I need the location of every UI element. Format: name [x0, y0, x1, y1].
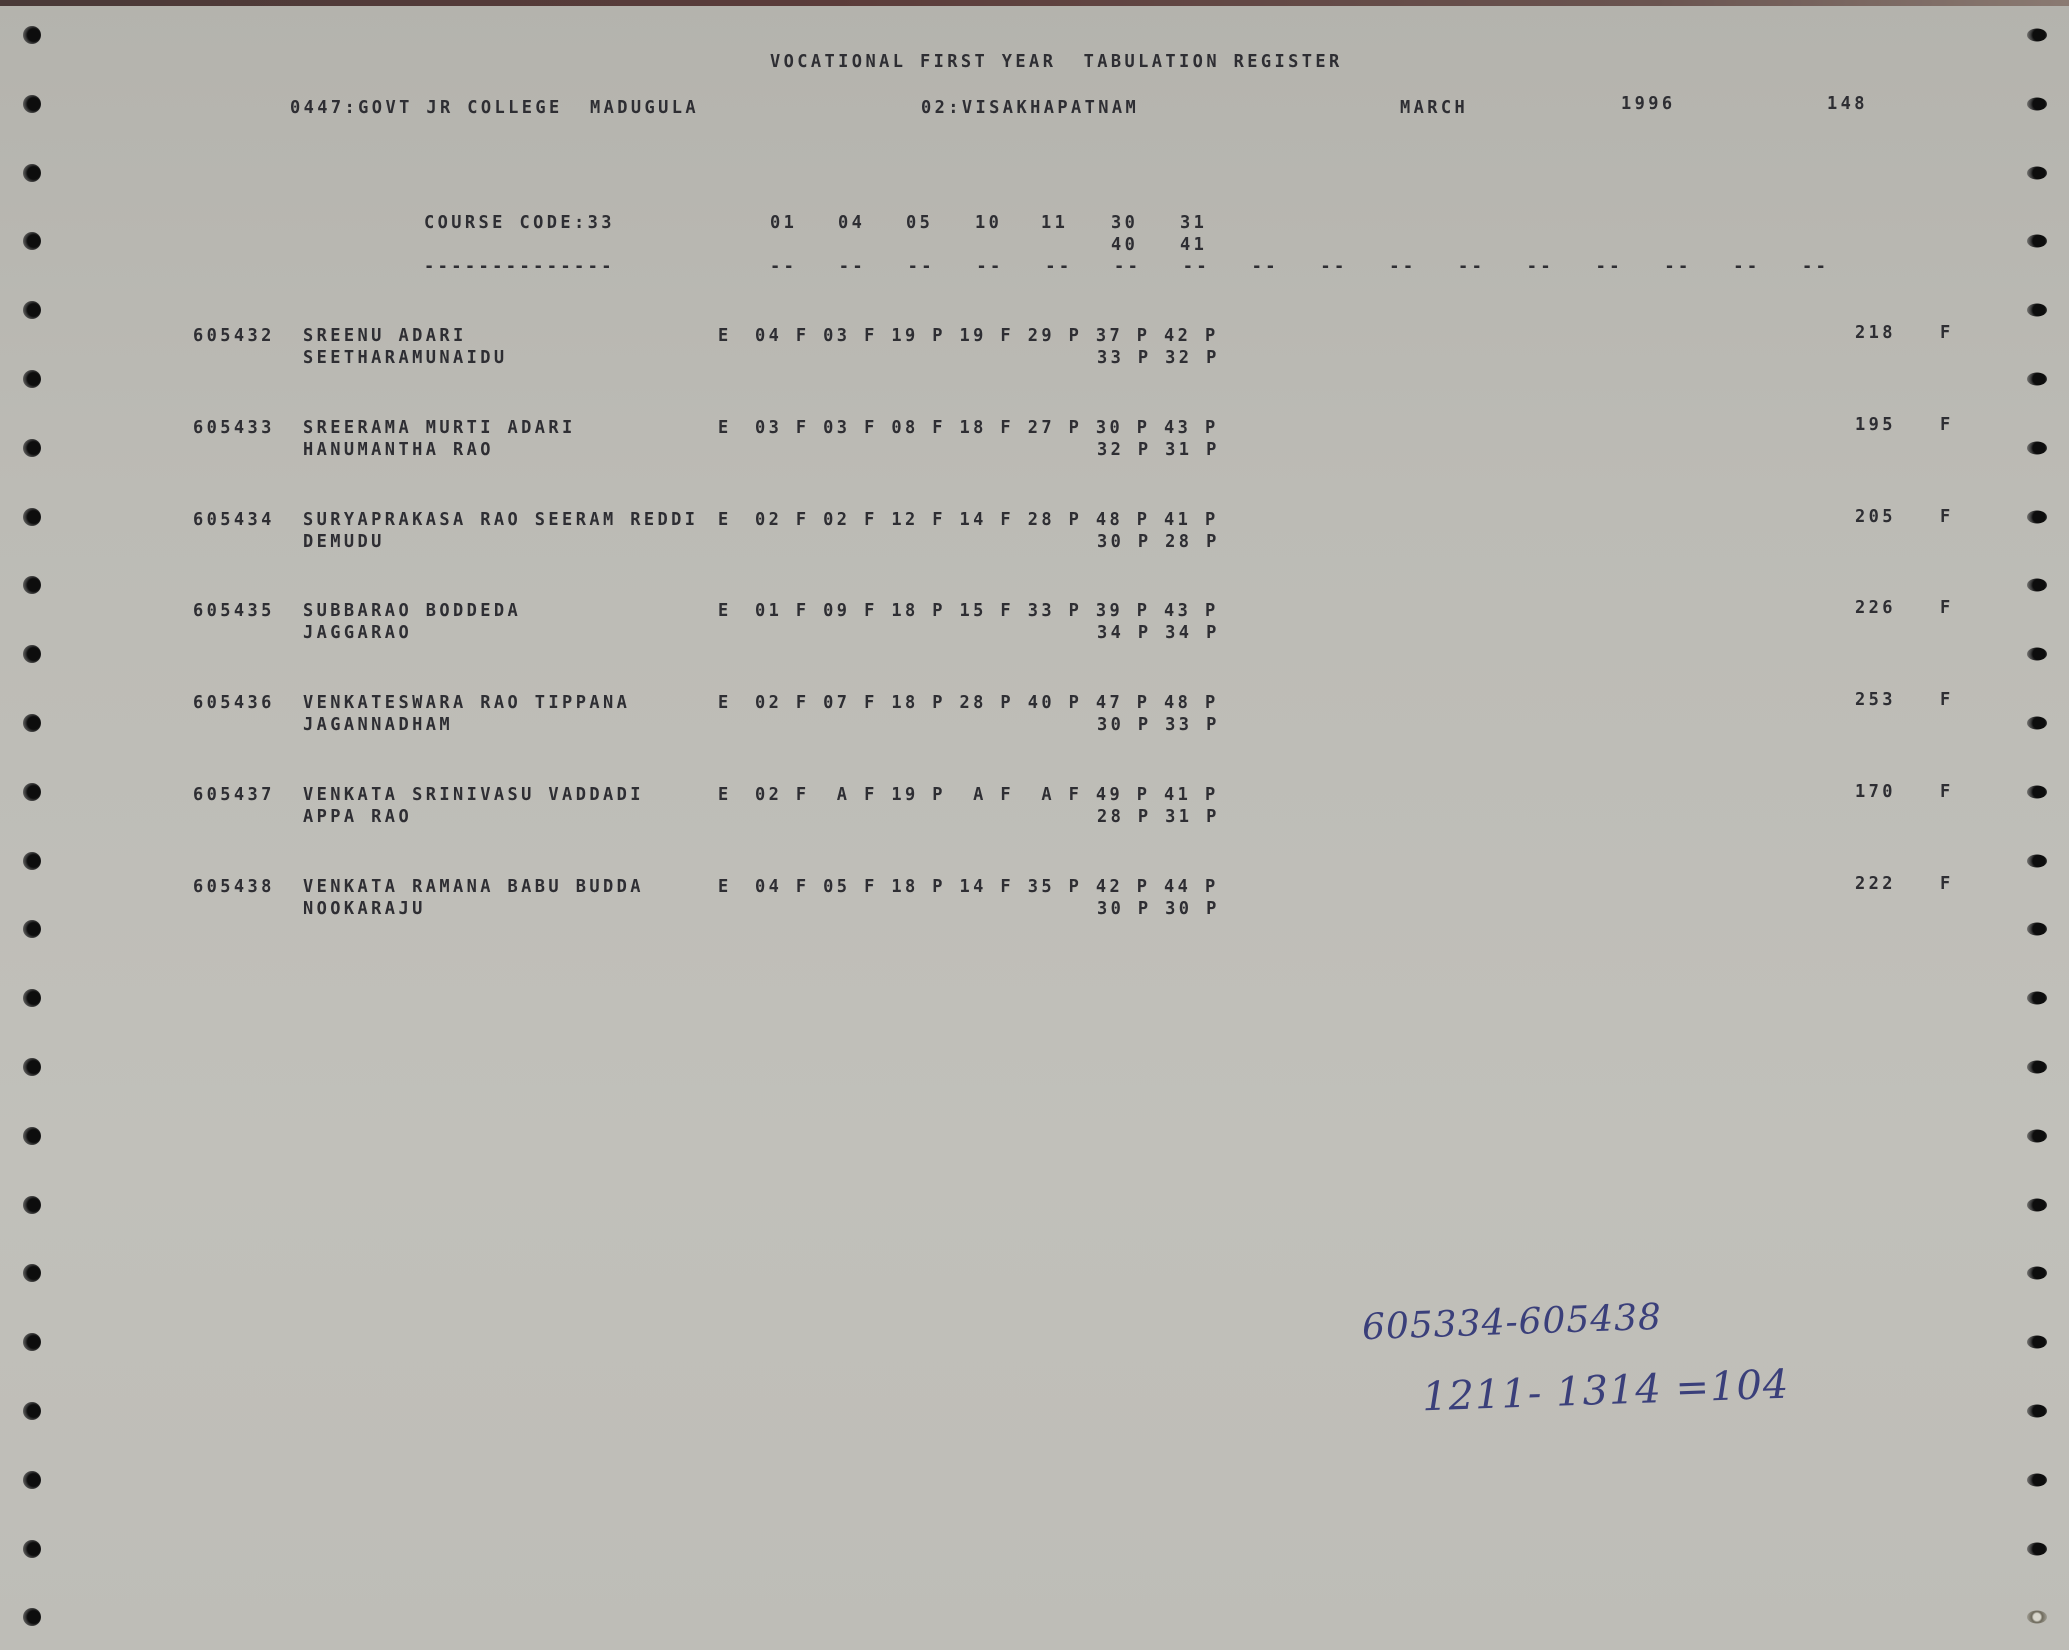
column-dash: -- [1596, 257, 1623, 278]
course-code-underline: -------------- [424, 257, 615, 278]
feed-hole-icon [2027, 1473, 2047, 1486]
feed-hole-icon [2027, 1198, 2047, 1211]
roll-number: 605437 [193, 785, 275, 806]
feed-hole-icon [2027, 1336, 2047, 1349]
feed-hole-icon [2027, 648, 2047, 661]
student-name: VENKATA SRINIVASU VADDADI [303, 785, 644, 806]
exam-year: 1996 [1621, 94, 1676, 115]
result-status: F [1940, 690, 1954, 711]
medium-code: E [718, 876, 732, 897]
roll-number: 605435 [193, 601, 275, 622]
column-dash: -- [1320, 257, 1347, 278]
feed-hole-icon [23, 164, 41, 182]
subject-code-secondary: 41 [1180, 235, 1207, 256]
course-code-label: COURSE CODE:33 [424, 213, 615, 234]
subject-code: 04 [838, 213, 865, 234]
feed-hole-icon [2027, 304, 2047, 317]
roll-number: 605438 [193, 876, 275, 897]
result-status: F [1940, 598, 1954, 619]
column-dash: -- [1733, 257, 1760, 278]
father-name: JAGGARAO [303, 623, 412, 644]
roll-number: 605432 [193, 326, 275, 347]
feed-hole-icon [2027, 854, 2047, 867]
feed-hole-icon [23, 95, 41, 113]
student-name: SUBBARAO BODDEDA [303, 601, 521, 622]
column-dash: -- [1527, 257, 1554, 278]
feed-hole-icon [23, 1264, 41, 1282]
medium-code: E [718, 785, 732, 806]
feed-hole-icon [2027, 97, 2047, 110]
total-marks: 253 [1855, 690, 1896, 711]
college-name: 0447:GOVT JR COLLEGE MADUGULA [290, 98, 699, 119]
marks-line-1: 02 F 07 F 18 P 28 P 40 P 47 P 48 P [755, 693, 1219, 714]
student-name: SREERAMA MURTI ADARI [303, 417, 576, 438]
student-name: SURYAPRAKASA RAO SEERAM REDDI [303, 509, 698, 530]
table-row: 605432SREENU ADARISEETHARAMUNAIDUE04 F 0… [0, 326, 2069, 372]
medium-code: E [718, 509, 732, 530]
feed-hole-icon [23, 26, 41, 44]
marks-line-2: 28 P 31 P [1097, 807, 1220, 828]
column-dash: -- [839, 257, 866, 278]
marks-line-1: 03 F 03 F 08 F 18 F 27 P 30 P 43 P [755, 417, 1219, 438]
subject-code: 05 [906, 213, 933, 234]
feed-hole-icon [2027, 579, 2047, 592]
feed-hole-icon [2027, 923, 2047, 936]
total-marks: 170 [1855, 782, 1896, 803]
feed-hole-icon [2027, 373, 2047, 386]
feed-hole-icon [2027, 1611, 2047, 1624]
marks-line-2: 30 P 28 P [1097, 531, 1220, 552]
column-dash: -- [1802, 257, 1829, 278]
marks-line-2: 30 P 30 P [1097, 898, 1220, 919]
medium-code: E [718, 326, 732, 347]
feed-hole-icon [2027, 1061, 2047, 1074]
table-row: 605436VENKATESWARA RAO TIPPANAJAGANNADHA… [0, 693, 2069, 739]
column-dash: -- [908, 257, 935, 278]
subject-code: 31 [1180, 213, 1207, 234]
column-dash: -- [976, 257, 1003, 278]
feed-hole-icon [23, 852, 41, 870]
father-name: APPA RAO [303, 807, 412, 828]
father-name: DEMUDU [303, 531, 385, 552]
student-name: VENKATA RAMANA BABU BUDDA [303, 876, 644, 897]
marks-line-1: 01 F 09 F 18 P 15 F 33 P 39 P 43 P [755, 601, 1219, 622]
result-status: F [1940, 873, 1954, 894]
exam-month: MARCH [1400, 98, 1468, 119]
subject-code: 11 [1041, 213, 1068, 234]
feed-hole-icon [23, 1127, 41, 1145]
feed-hole-icon [23, 1333, 41, 1351]
roll-number: 605434 [193, 509, 275, 530]
feed-hole-icon [2027, 1267, 2047, 1280]
feed-hole-icon [23, 1608, 41, 1626]
marks-line-1: 02 F A F 19 P A F A F 49 P 41 P [755, 785, 1219, 806]
feed-hole-icon [23, 232, 41, 250]
total-marks: 205 [1855, 506, 1896, 527]
marks-line-1: 02 F 02 F 12 F 14 F 28 P 48 P 41 P [755, 509, 1219, 530]
paper-top-edge [0, 0, 2069, 6]
column-dash: -- [1458, 257, 1485, 278]
result-status: F [1940, 414, 1954, 435]
father-name: HANUMANTHA RAO [303, 439, 494, 460]
column-dash: -- [1389, 257, 1416, 278]
medium-code: E [718, 693, 732, 714]
total-marks: 195 [1855, 414, 1896, 435]
total-marks: 222 [1855, 873, 1896, 894]
feed-hole-icon [2027, 1542, 2047, 1555]
feed-hole-icon [23, 920, 41, 938]
marks-line-2: 30 P 33 P [1097, 715, 1220, 736]
feed-hole-icon [2027, 235, 2047, 248]
subject-code: 10 [975, 213, 1002, 234]
feed-hole-icon [2027, 1405, 2047, 1418]
feed-hole-icon [2027, 1129, 2047, 1142]
roll-number: 605433 [193, 417, 275, 438]
marks-line-1: 04 F 05 F 18 P 14 F 35 P 42 P 44 P [755, 876, 1219, 897]
feed-hole-icon [2027, 166, 2047, 179]
student-name: SREENU ADARI [303, 326, 467, 347]
student-name: VENKATESWARA RAO TIPPANA [303, 693, 630, 714]
table-row: 605433SREERAMA MURTI ADARIHANUMANTHA RAO… [0, 418, 2069, 464]
total-marks: 218 [1855, 323, 1896, 344]
feed-hole-icon [23, 370, 41, 388]
column-dash: -- [770, 257, 797, 278]
feed-hole-icon [23, 1471, 41, 1489]
father-name: NOOKARAJU [303, 898, 426, 919]
column-dash: -- [1252, 257, 1279, 278]
feed-hole-icon [23, 1402, 41, 1420]
medium-code: E [718, 601, 732, 622]
feed-hole-icon [23, 1058, 41, 1076]
father-name: SEETHARAMUNAIDU [303, 348, 508, 369]
subject-code: 30 [1111, 213, 1138, 234]
feed-hole-icon [23, 989, 41, 1007]
marks-line-2: 32 P 31 P [1097, 439, 1220, 460]
feed-hole-icon [23, 301, 41, 319]
page-number: 148 [1827, 94, 1868, 115]
subject-code-secondary: 40 [1111, 235, 1138, 256]
result-status: F [1940, 323, 1954, 344]
marks-line-1: 04 F 03 F 19 P 19 F 29 P 37 P 42 P [755, 326, 1219, 347]
subject-code: 01 [770, 213, 797, 234]
result-status: F [1940, 782, 1954, 803]
table-row: 605434SURYAPRAKASA RAO SEERAM REDDIDEMUD… [0, 510, 2069, 556]
feed-hole-icon [23, 576, 41, 594]
table-row: 605438VENKATA RAMANA BABU BUDDANOOKARAJU… [0, 877, 2069, 923]
column-dash: -- [1183, 257, 1210, 278]
district-name: 02:VISAKHAPATNAM [921, 98, 1139, 119]
total-marks: 226 [1855, 598, 1896, 619]
feed-hole-icon [23, 1540, 41, 1558]
feed-hole-icon [23, 645, 41, 663]
roll-number: 605436 [193, 693, 275, 714]
column-dash: -- [1664, 257, 1691, 278]
result-status: F [1940, 506, 1954, 527]
medium-code: E [718, 417, 732, 438]
report-title: VOCATIONAL FIRST YEAR TABULATION REGISTE… [770, 52, 1343, 73]
feed-hole-icon [2027, 992, 2047, 1005]
marks-line-2: 34 P 34 P [1097, 623, 1220, 644]
table-row: 605437VENKATA SRINIVASU VADDADIAPPA RAOE… [0, 785, 2069, 831]
marks-line-2: 33 P 32 P [1097, 348, 1220, 369]
father-name: JAGANNADHAM [303, 715, 453, 736]
table-row: 605435SUBBARAO BODDEDAJAGGARAOE01 F 09 F… [0, 601, 2069, 647]
column-dash: -- [1045, 257, 1072, 278]
feed-hole-icon [23, 1196, 41, 1214]
feed-hole-icon [2027, 29, 2047, 42]
column-dash: -- [1114, 257, 1141, 278]
